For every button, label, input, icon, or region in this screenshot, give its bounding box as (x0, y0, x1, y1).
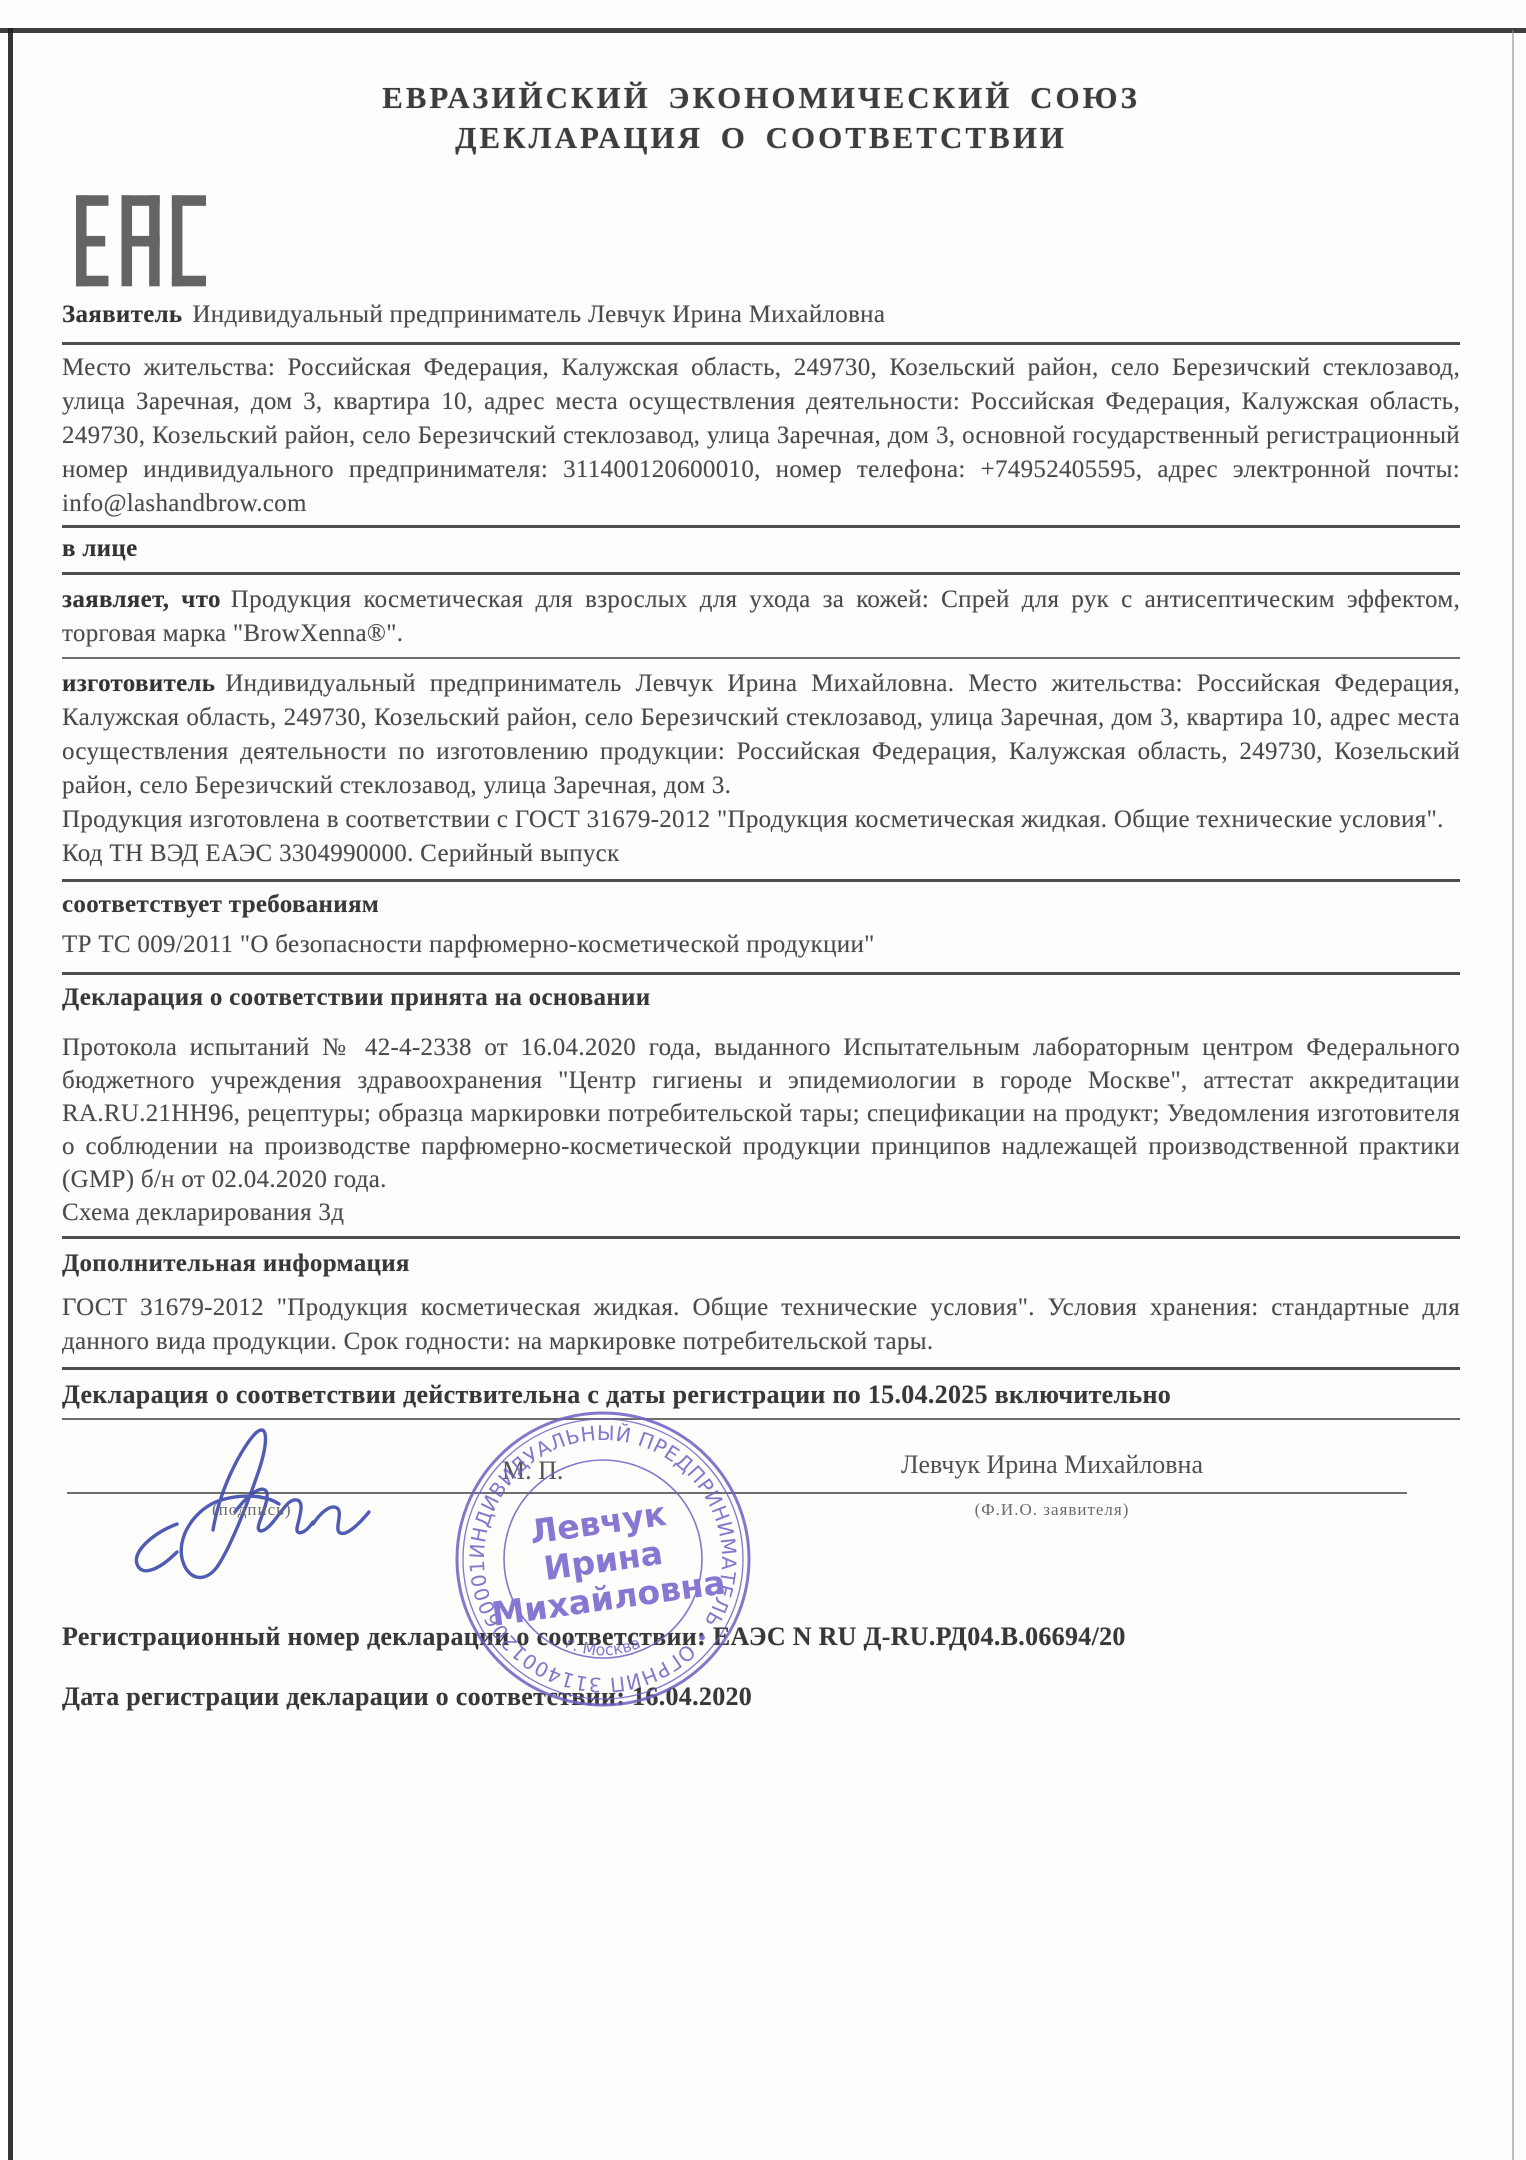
basis-text: Протокола испытаний № 42-4-2338 от 16.04… (62, 1031, 1460, 1196)
manufacturer-label: изготовитель (62, 670, 215, 697)
signature-caption: (подпись) (212, 1500, 292, 1520)
eac-mark-icon (76, 186, 206, 298)
basis-heading: Декларация о соответствии принята на осн… (62, 981, 1460, 1015)
document-page: ЕВРАЗИЙСКИЙ ЭКОНОМИЧЕСКИЙ СОЮЗ ДЕКЛАРАЦИ… (0, 0, 1526, 2160)
declares-text: Продукция косметическая для взрослых для… (62, 586, 1460, 647)
registration-number-line: Регистрационный номер декларации о соотв… (62, 1620, 1460, 1654)
applicant-name: Индивидуальный предприниматель Левчук Ир… (192, 301, 885, 328)
additional-info-text: ГОСТ 31679-2012 "Продукция косметическая… (62, 1291, 1460, 1359)
declares-line: заявляет, чтоПродукция косметическая для… (62, 583, 1460, 651)
applicant-fio: Левчук Ирина Михайловна (762, 1450, 1342, 1480)
divider (62, 1367, 1460, 1370)
divider (62, 1236, 1460, 1239)
applicant-address: Место жительства: Российская Федерация, … (62, 351, 1460, 521)
gost-production-line: Продукция изготовлена в соответствии с Г… (62, 803, 1460, 837)
title-line-1: ЕВРАЗИЙСКИЙ ЭКОНОМИЧЕСКИЙ СОЮЗ (62, 78, 1460, 118)
applicant-line: ЗаявительИндивидуальный предприниматель … (62, 298, 1460, 332)
round-stamp: ИНДИВИДУАЛЬНЫЙ ПРЕДПРИНИМАТЕЛЬ • ОГРНИП … (450, 1406, 756, 1712)
document-content: ЕВРАЗИЙСКИЙ ЭКОНОМИЧЕСКИЙ СОЮЗ ДЕКЛАРАЦИ… (62, 0, 1460, 1714)
manufacturer-text: Индивидуальный предприниматель Левчук Ир… (62, 670, 1460, 799)
signature-zone: (подпись) М. П. Левчук Ирина Михайловна … (62, 1420, 1460, 1620)
in-person-line: в лице (62, 534, 1460, 564)
validity-line: Декларация о соответствии действительна … (62, 1378, 1460, 1412)
divider (62, 657, 1460, 659)
fio-caption: (Ф.И.О. заявителя) (762, 1500, 1342, 1520)
divider (62, 572, 1460, 575)
scan-border-right (1512, 30, 1514, 2160)
title-line-2: ДЕКЛАРАЦИЯ О СООТВЕТСТВИИ (62, 118, 1460, 158)
svg-text:г. Москва: г. Москва (563, 1633, 644, 1660)
divider (62, 972, 1460, 975)
scan-border-left (8, 28, 13, 2160)
compliance-text: ТР ТС 009/2011 "О безопасности парфюмерн… (62, 928, 1460, 962)
divider (62, 525, 1460, 528)
tnved-code-line: Код ТН ВЭД ЕАЭС 3304990000. Серийный вып… (62, 837, 1460, 871)
document-title: ЕВРАЗИЙСКИЙ ЭКОНОМИЧЕСКИЙ СОЮЗ ДЕКЛАРАЦИ… (62, 78, 1460, 158)
additional-info-heading: Дополнительная информация (62, 1247, 1460, 1281)
declaration-scheme-line: Схема декларирования 3д (62, 1196, 1460, 1230)
in-person-label: в лице (62, 535, 137, 562)
divider (62, 879, 1460, 882)
divider (62, 342, 1460, 345)
declares-label: заявляет, что (62, 586, 221, 613)
compliance-heading: соответствует требованиям (62, 888, 1460, 922)
manufacturer-paragraph: изготовительИндивидуальный предпринимате… (62, 667, 1460, 803)
stamp-city-text: г. Москва (563, 1633, 644, 1660)
registration-date-line: Дата регистрации декларации о соответств… (62, 1680, 1460, 1714)
applicant-label: Заявитель (62, 301, 182, 328)
